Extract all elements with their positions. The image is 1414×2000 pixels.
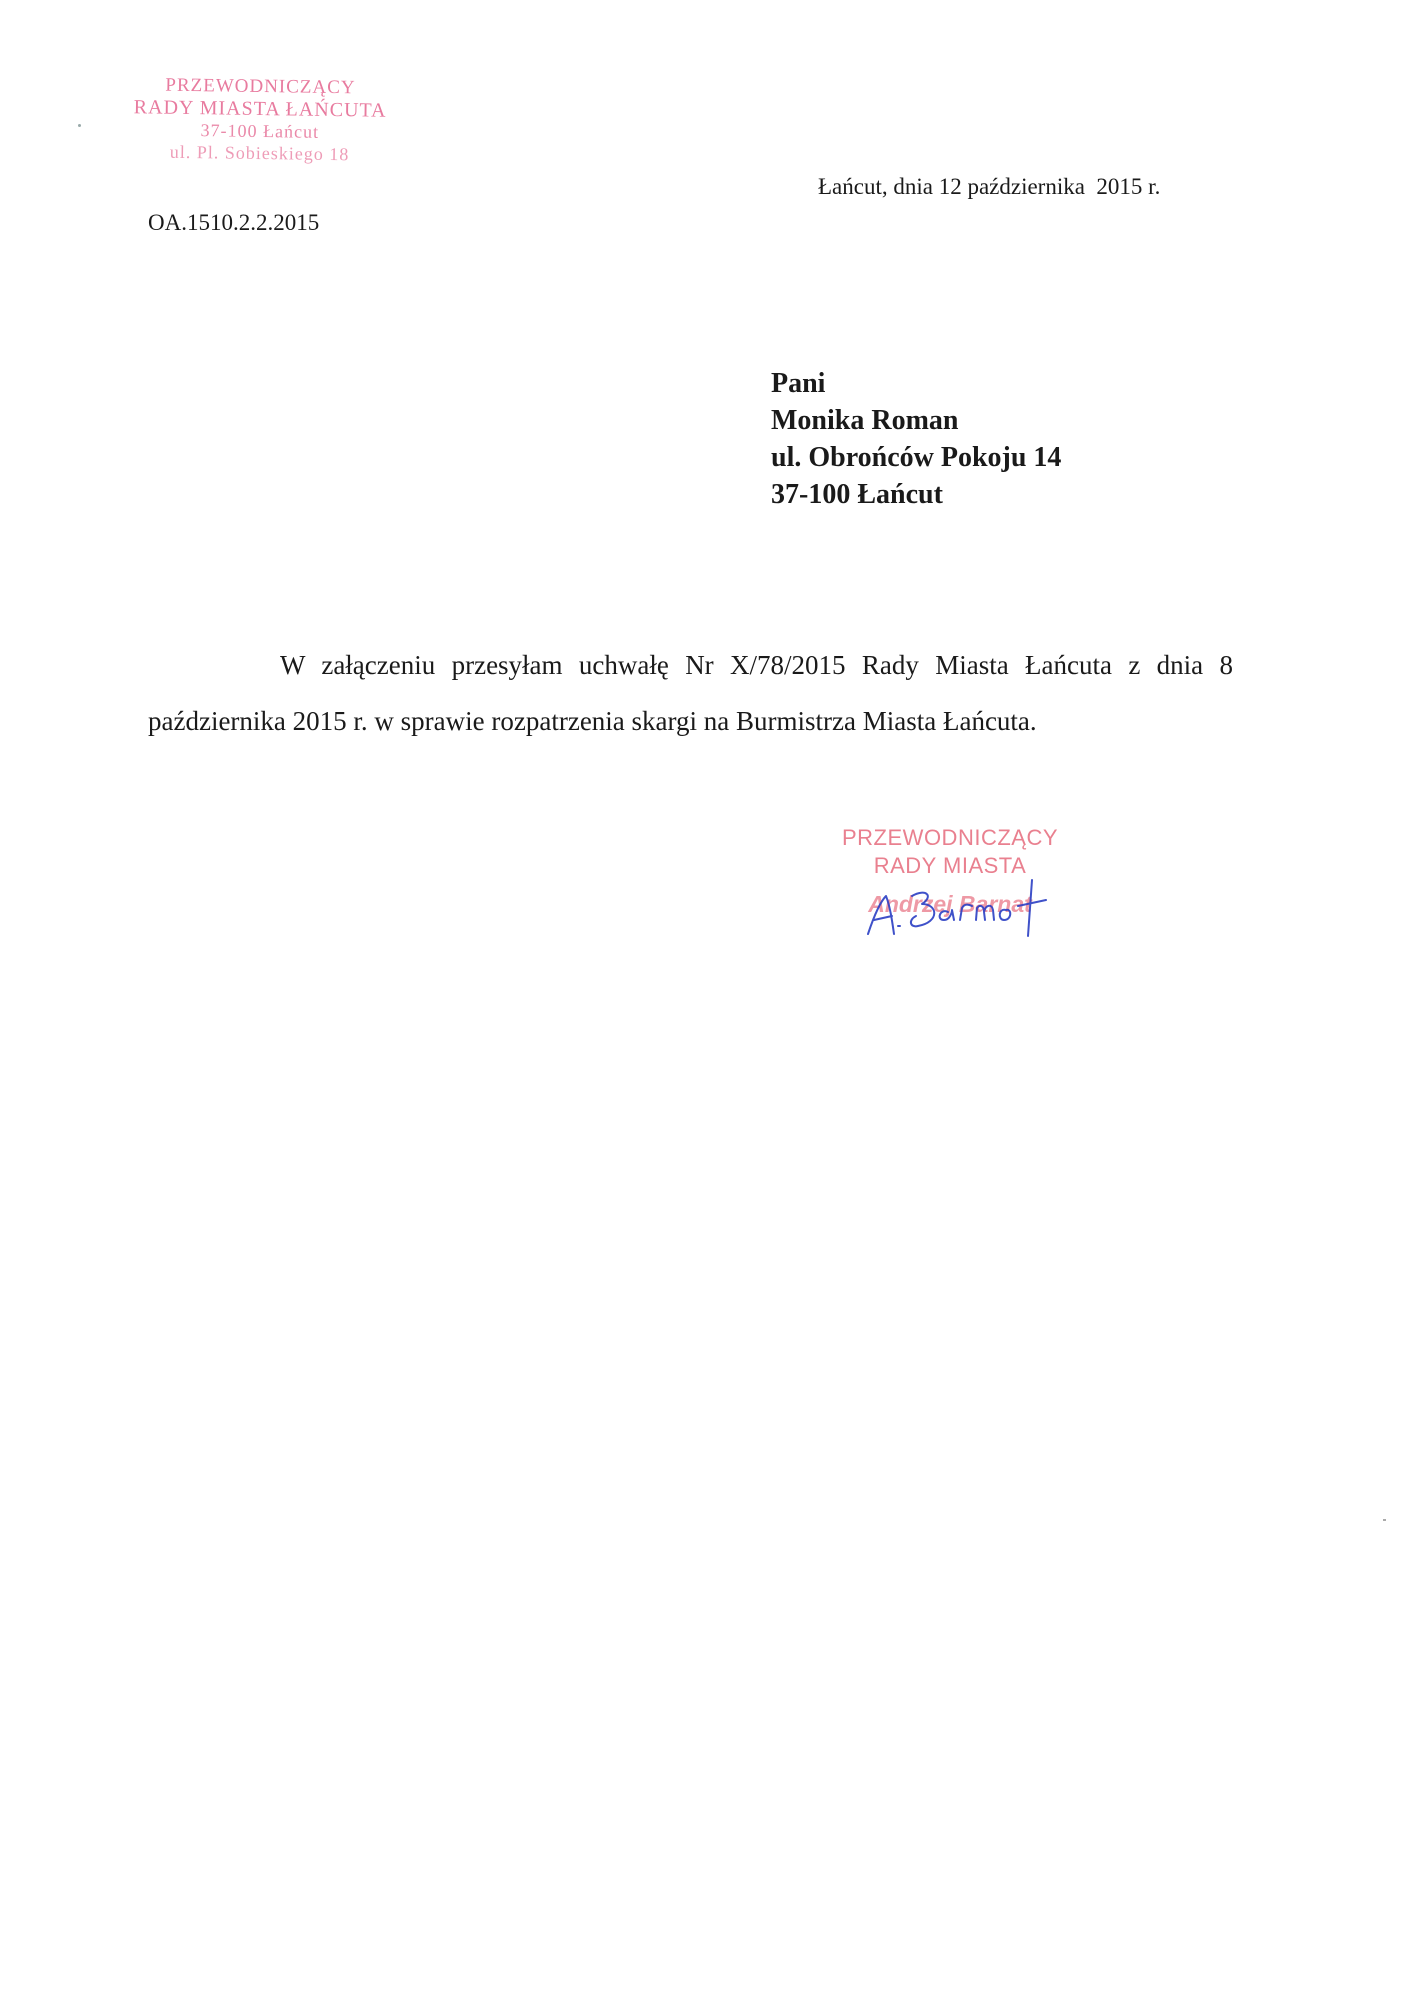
recipient-name: Monika Roman <box>771 402 1061 439</box>
scan-artifact <box>78 124 81 127</box>
council-chairman-stamp: PRZEWODNICZĄCY RADY MIASTA ŁAŃCUTA 37-10… <box>99 74 420 166</box>
recipient-address: Pani Monika Roman ul. Obrońców Pokoju 14… <box>771 365 1061 513</box>
handwritten-signature-icon <box>860 876 1070 946</box>
recipient-city: 37-100 Łańcut <box>771 476 1061 513</box>
body-paragraph: W załączeniu przesyłam uchwałę Nr X/78/2… <box>148 650 1233 736</box>
signature-stamp-title: PRZEWODNICZĄCY <box>820 824 1080 852</box>
place-and-date: Łańcut, dnia 12 października 2015 r. <box>818 174 1160 200</box>
reference-number: OA.1510.2.2.2015 <box>148 210 319 236</box>
recipient-street: ul. Obrońców Pokoju 14 <box>771 439 1061 476</box>
document-page: PRZEWODNICZĄCY RADY MIASTA ŁAŃCUTA 37-10… <box>0 0 1414 2000</box>
scan-artifact <box>1383 1519 1386 1521</box>
letter-body: W załączeniu przesyłam uchwałę Nr X/78/2… <box>148 637 1233 749</box>
stamp-line-street: ul. Pl. Sobieskiego 18 <box>99 140 419 166</box>
signature-block: PRZEWODNICZĄCY RADY MIASTA Andrzej Barna… <box>820 824 1100 944</box>
recipient-salutation: Pani <box>771 365 1061 402</box>
